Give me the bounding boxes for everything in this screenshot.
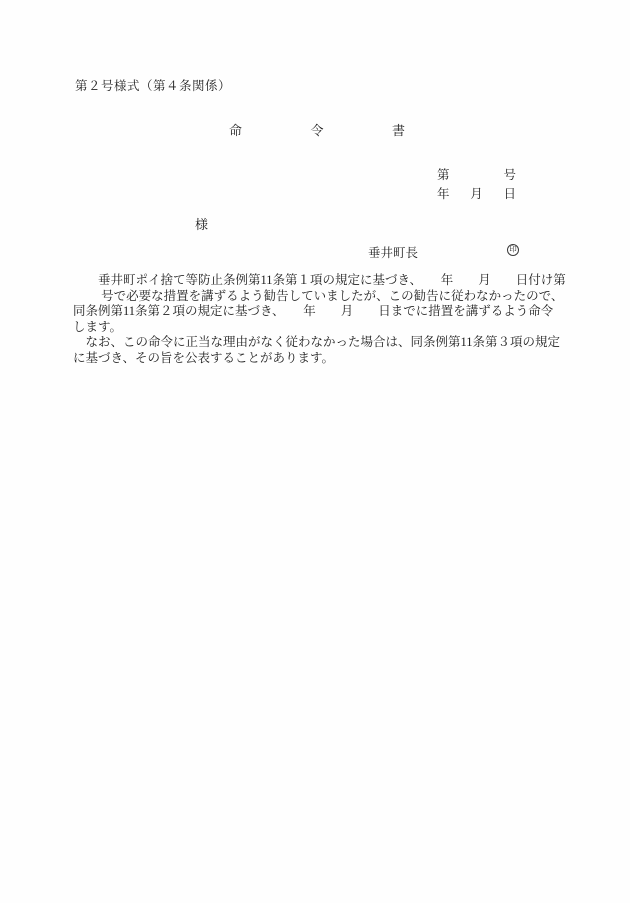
document-number-block: 第 号 年 月 日 <box>437 165 516 202</box>
body-line: します。 <box>73 320 593 336</box>
order-form-page: 第２号様式（第４条関係） 命 令 書 第 号 年 月 日 様 垂井町長 印 垂井… <box>0 0 630 903</box>
body-paragraph: 垂井町ポイ捨て等防止条例第11条第１項の規定に基づき、 年 月 日付け第 号で必… <box>73 273 593 366</box>
body-line: 同条例第11条第２項の規定に基づき、 年 月 日までに措置を講ずるよう命令 <box>73 304 593 320</box>
body-line: なお、この命令に正当な理由がなく従わなかった場合は、同条例第11条第３項の規定 <box>73 335 593 351</box>
body-line: に基づき、その旨を公表することがあります。 <box>73 351 593 367</box>
form-number-label: 第２号様式（第４条関係） <box>75 76 231 94</box>
document-title: 命 令 書 <box>229 120 405 139</box>
number-suffix-label: 号 <box>503 165 516 184</box>
body-line: 号で必要な措置を講ずるよう勧告していましたが、この勧告に従わなかったので、 <box>73 289 593 305</box>
document-date-line: 年 月 日 <box>437 184 516 203</box>
document-number-line: 第 号 <box>437 165 516 184</box>
seal-mark-icon: 印 <box>507 244 519 256</box>
year-label: 年 <box>437 184 450 203</box>
number-prefix-label: 第 <box>437 165 450 184</box>
title-char-1: 命 <box>229 120 242 139</box>
issuer-title: 垂井町長 <box>368 243 418 261</box>
title-char-2: 令 <box>310 120 323 139</box>
day-label: 日 <box>503 184 516 203</box>
body-line: 垂井町ポイ捨て等防止条例第11条第１項の規定に基づき、 年 月 日付け第 <box>73 273 593 289</box>
addressee-honorific: 様 <box>195 214 208 233</box>
title-char-3: 書 <box>392 120 405 139</box>
month-label: 月 <box>470 184 483 203</box>
seal-mark-char: 印 <box>509 246 517 254</box>
